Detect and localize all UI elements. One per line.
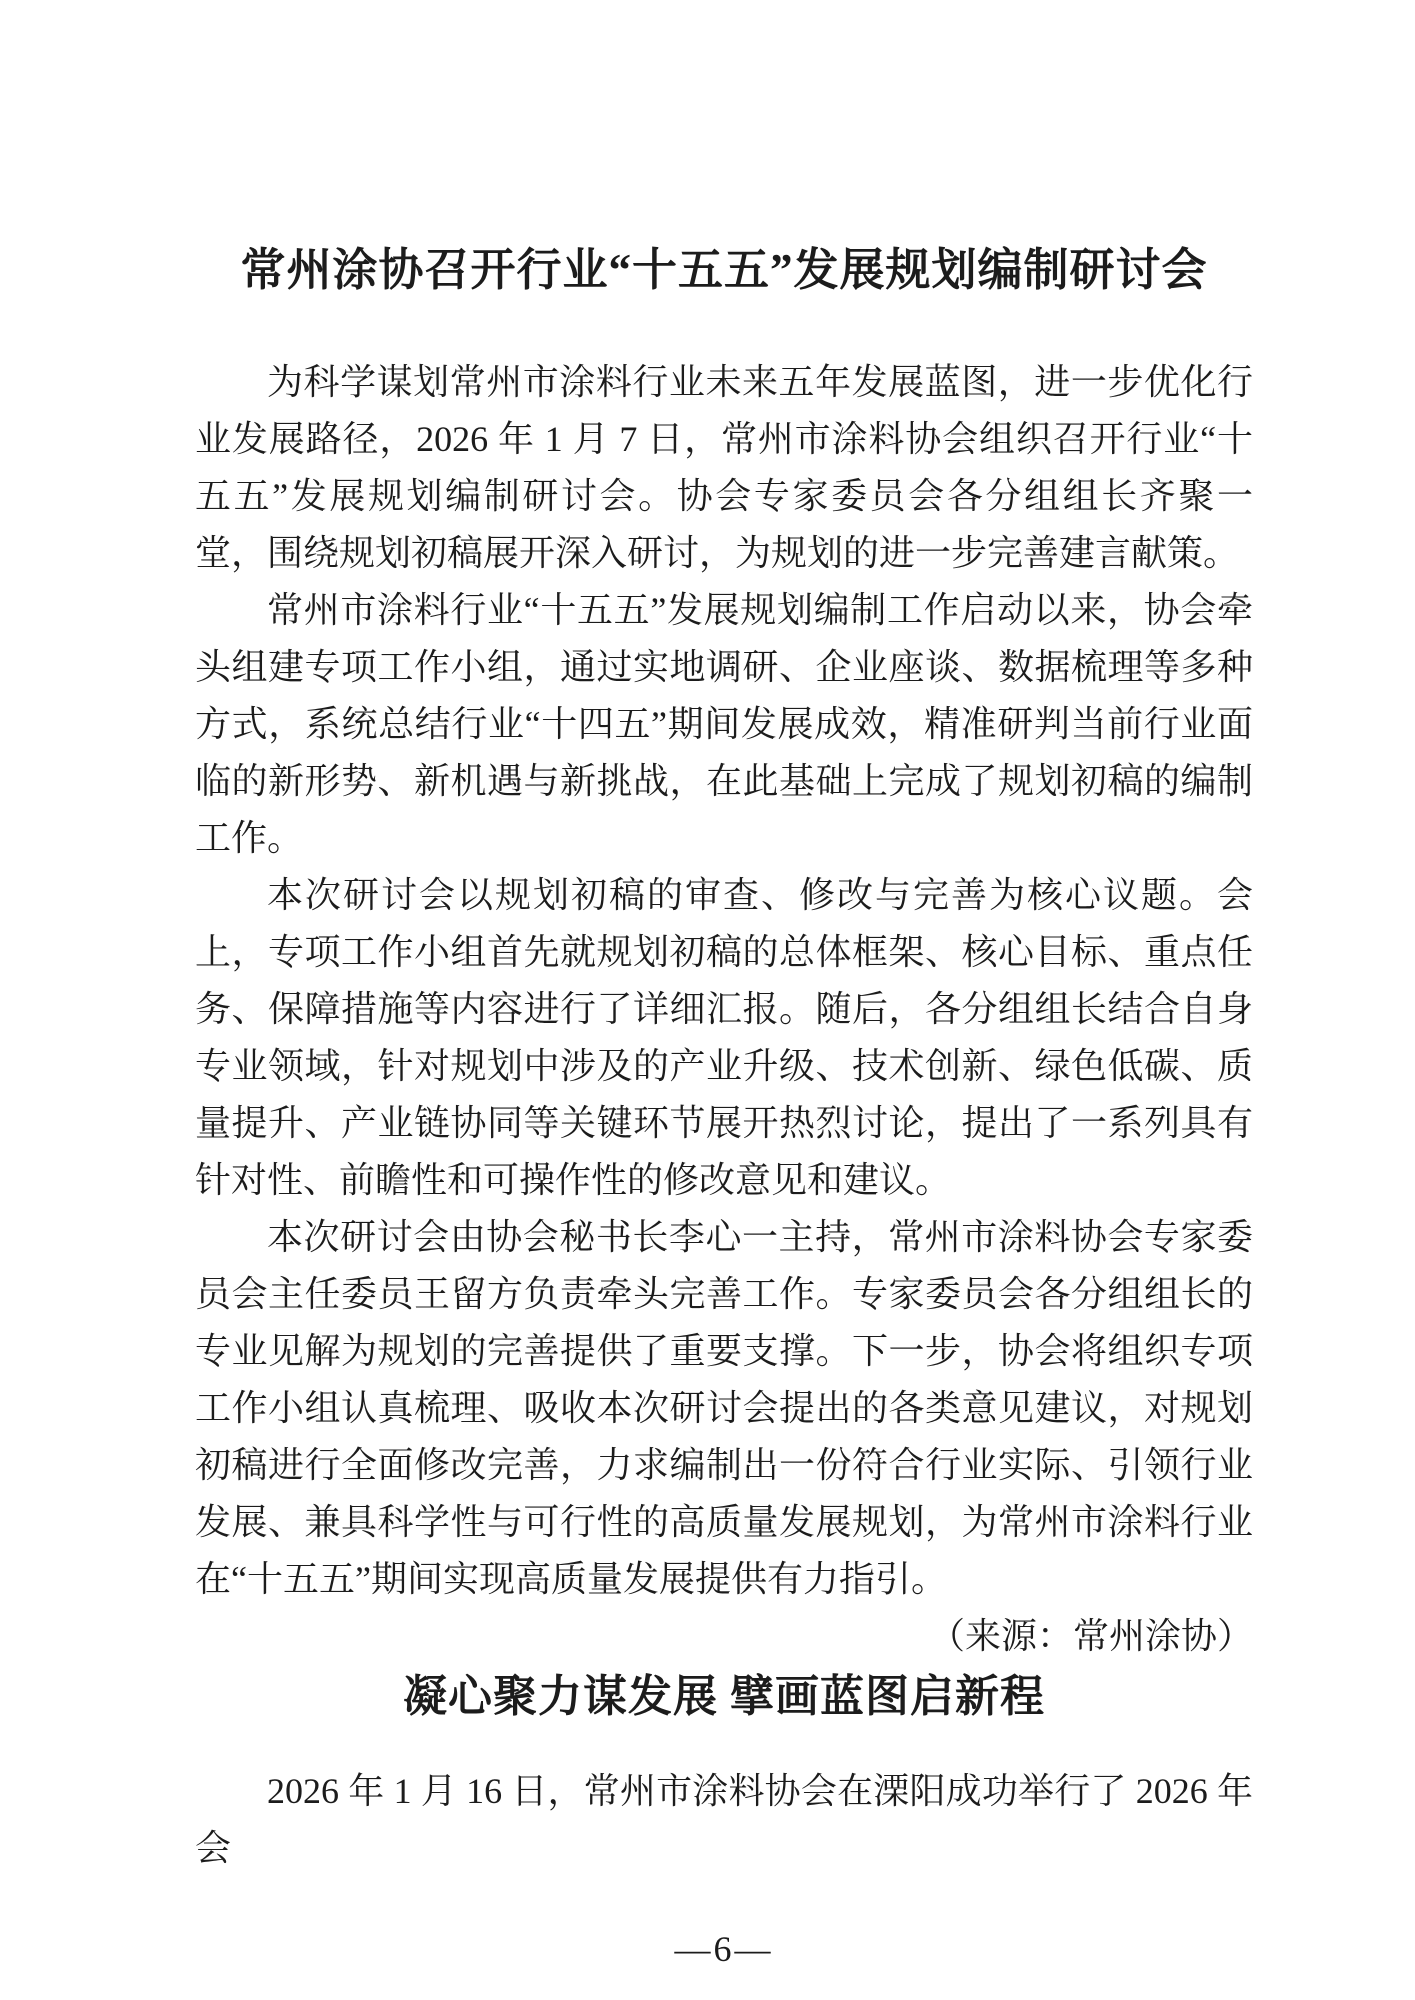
- article2-title: 凝心聚力谋发展 擘画蓝图启新程: [195, 1672, 1253, 1722]
- article2-paragraph-1: 2026 年 1 月 16 日，常州市涂料协会在溧阳成功举行了 2026 年会: [195, 1763, 1253, 1877]
- article1-paragraph-2: 常州市涂料行业“十五五”发展规划编制工作启动以来，协会牵头组建专项工作小组，通过…: [195, 582, 1253, 867]
- page-number: —6—: [195, 1927, 1253, 1971]
- article1-title: 常州涂协召开行业“十五五”发展规划编制研讨会: [195, 244, 1253, 296]
- article1-paragraph-4: 本次研讨会由协会秘书长李心一主持，常州市涂料协会专家委员会主任委员王留方负责牵头…: [195, 1209, 1253, 1608]
- article1-paragraph-3: 本次研讨会以规划初稿的审查、修改与完善为核心议题。会上，专项工作小组首先就规划初…: [195, 867, 1253, 1209]
- article1-source-note: （来源：常州涂协）: [857, 1608, 1253, 1665]
- article1-paragraph-1: 为科学谋划常州市涂料行业未来五年发展蓝图，进一步优化行业发展路径，2026 年 …: [195, 354, 1253, 582]
- article1-paragraph-4-text: 本次研讨会由协会秘书长李心一主持，常州市涂料协会专家委员会主任委员王留方负责牵头…: [195, 1217, 1253, 1599]
- document-page: 常州涂协召开行业“十五五”发展规划编制研讨会 为科学谋划常州市涂料行业未来五年发…: [0, 244, 1415, 1971]
